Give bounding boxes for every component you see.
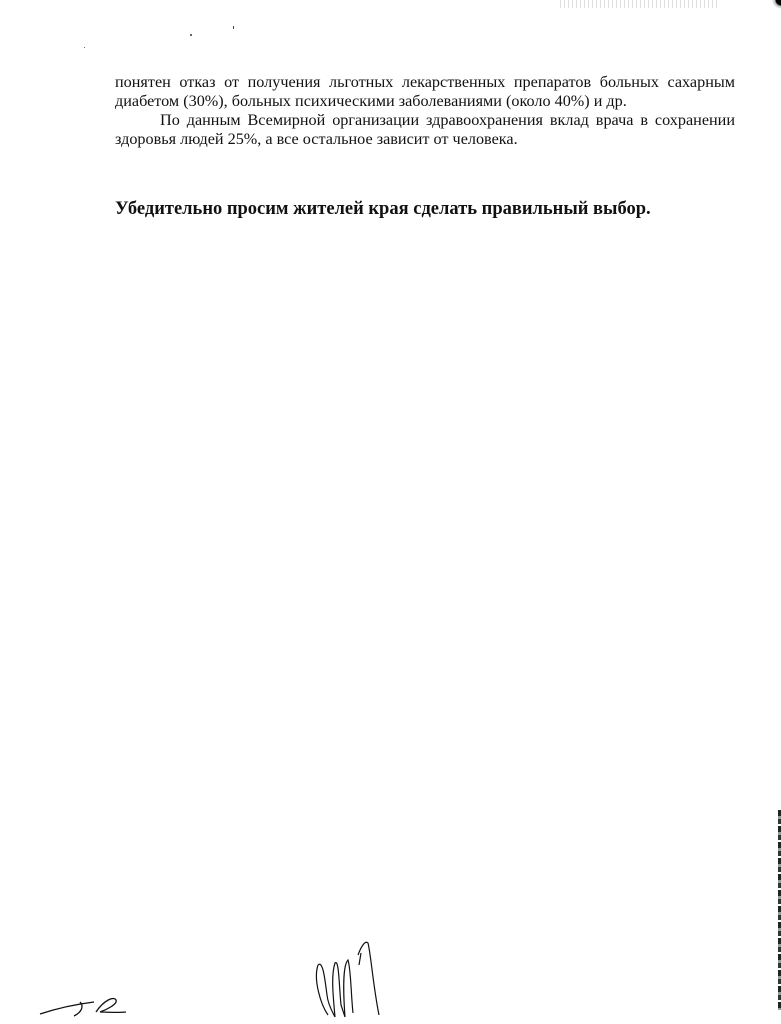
- signature-center: [313, 935, 393, 1020]
- paragraph-who-stats: По данным Всемирной организации здравоох…: [115, 111, 735, 149]
- body-text: понятен отказ от получения льготных лека…: [115, 73, 735, 149]
- scanned-page: понятен отказ от получения льготных лека…: [0, 0, 781, 1024]
- scan-speck: [190, 34, 192, 36]
- scan-artifact-corner: [771, 0, 781, 12]
- scan-speck: [84, 47, 85, 48]
- scan-speck: [233, 26, 234, 29]
- appeal-heading: Убедительно просим жителей края сделать …: [115, 197, 745, 221]
- signature-left: [38, 992, 138, 1018]
- paragraph-refusal-stats: понятен отказ от получения льготных лека…: [115, 73, 735, 111]
- scan-artifact-top: [560, 0, 720, 8]
